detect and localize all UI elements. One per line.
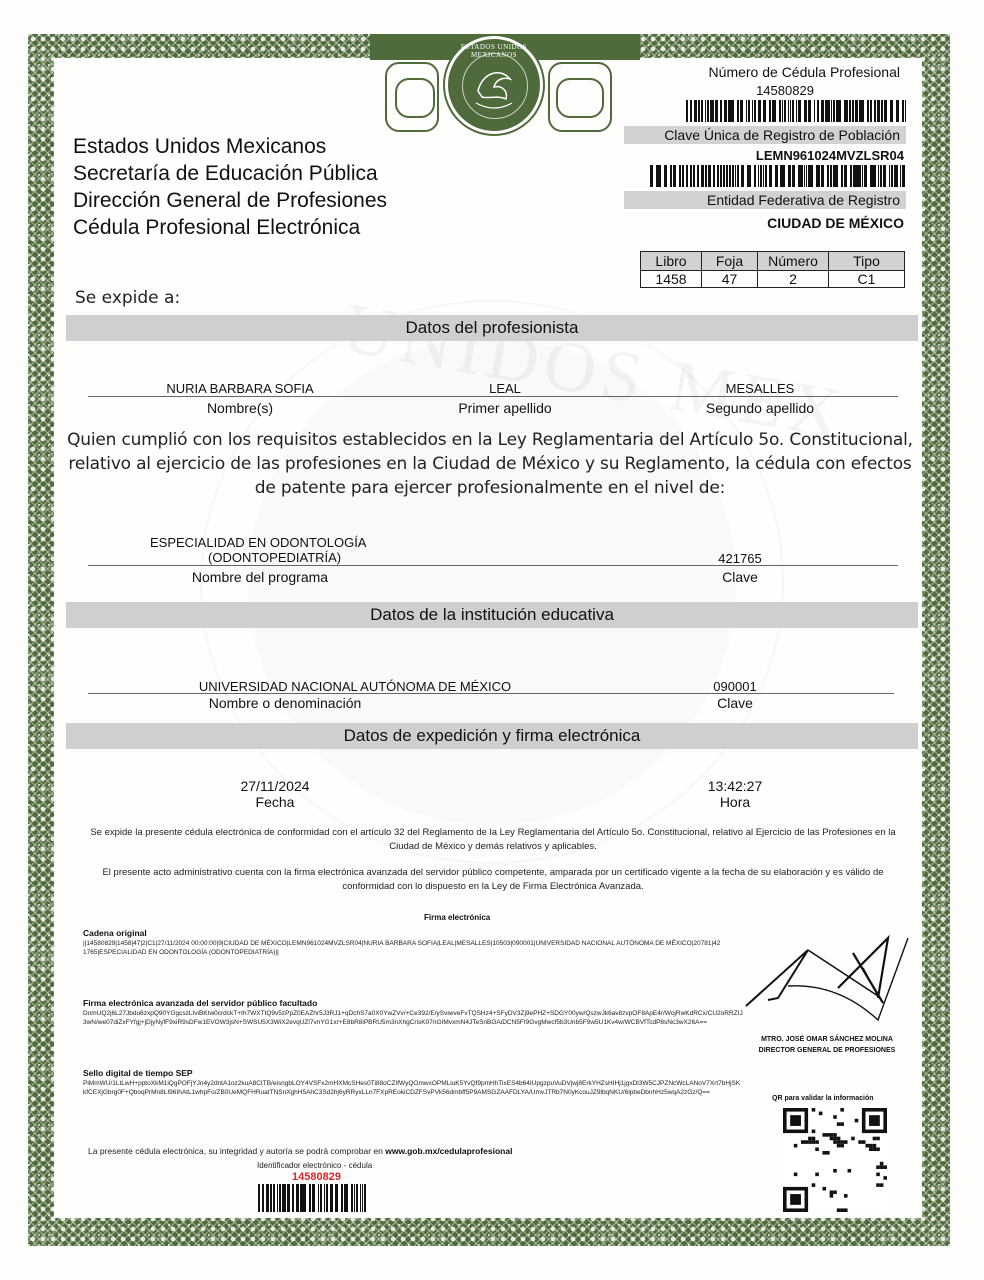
institution-name: UNIVERSIDAD NACIONAL AUTÓNOMA DE MÉXICO (150, 679, 560, 694)
person-first-surname-label: Primer apellido (430, 400, 580, 416)
section-institution-heading: Datos de la institución educativa (66, 602, 918, 628)
header-tipo: Tipo (829, 252, 905, 271)
cedula-number: 14580829 (624, 83, 906, 98)
verification-note: La presente cédula electrónica, su integ… (88, 1146, 512, 1156)
registry-table: Libro Foja Número Tipo 1458 47 2 C1 (640, 251, 905, 288)
institution-key-label: Clave (700, 695, 770, 711)
issuance-date: 27/11/2024 (220, 778, 330, 794)
identifier-barcode (258, 1184, 368, 1212)
value-numero: 2 (758, 271, 829, 288)
header-line-directorate: Dirección General de Profesiones (73, 187, 387, 214)
registry-panel: Número de Cédula Profesional 14580829 Cl… (624, 64, 906, 231)
timestamp-seal-text: PiMmWU/1LtLwH+pptoXkM1iQgPOFjYJn4y2dntA1… (83, 1079, 743, 1097)
issued-to-label: Se expide a: (75, 288, 180, 308)
issuance-date-label: Fecha (220, 794, 330, 810)
qr-label: QR para validar la información (772, 1095, 874, 1102)
header-line-country: Estados Unidos Mexicanos (73, 133, 387, 160)
person-first-surname: LEAL (445, 381, 565, 396)
identifier-number: 14580829 (292, 1171, 341, 1183)
section-professional-heading: Datos del profesionista (66, 315, 918, 341)
entity-label: Entidad Federativa de Registro (624, 191, 906, 209)
advanced-signature-text: DnmUQ2j6L27Jbdu6zxpQ90YGgcszLtviBKtw0crd… (83, 1009, 743, 1027)
header-line-document-type: Cédula Profesional Electrónica (73, 214, 387, 241)
institution-key: 090001 (700, 679, 770, 694)
curp-value: LEMN961024MVZLSR04 (624, 148, 906, 163)
issuer-header: Estados Unidos Mexicanos Secretaría de E… (73, 133, 387, 241)
verification-text: La presente cédula electrónica, su integ… (88, 1146, 385, 1156)
institution-name-label: Nombre o denominación (185, 695, 385, 711)
cadena-original-text: ||14580829|1458|47|2|C1|27/11/2024 00:00… (83, 939, 723, 957)
identifier-label: Identificador electrónico - cédula (257, 1161, 372, 1170)
cedula-barcode (686, 100, 906, 122)
issuance-time: 13:42:27 (680, 778, 790, 794)
person-names: NURIA BARBARA SOFIA (150, 381, 330, 396)
advanced-signature-title: Firma electrónica avanzada del servidor … (83, 998, 317, 1008)
signer-block: MTRO. JOSÉ OMAR SÁNCHEZ MOLINA DIRECTOR … (742, 1034, 912, 1056)
program-key-label: Clave (700, 569, 780, 585)
value-tipo: C1 (829, 271, 905, 288)
divider (88, 396, 898, 397)
curp-label: Clave Única de Registro de Población (624, 126, 906, 144)
program-key: 421765 (700, 551, 780, 566)
value-foja: 47 (702, 271, 758, 288)
signer-title: DIRECTOR GENERAL DE PROFESIONES (742, 1045, 912, 1056)
timestamp-seal-title: Sello digital de tiempo SEP (83, 1068, 193, 1078)
program-name-line2: (ODONTOPEDIATRÍA) (208, 550, 408, 565)
divider (88, 565, 898, 566)
person-names-label: Nombre(s) (150, 400, 330, 416)
issuance-time-label: Hora (680, 794, 790, 810)
section-issuance-heading: Datos de expedición y firma electrónica (66, 723, 918, 749)
ornament-scroll-left-inner (395, 78, 435, 118)
header-libro: Libro (641, 252, 702, 271)
coat-of-arms-icon: ESTADOS UNIDOS MEXICANOS (445, 36, 543, 134)
person-second-surname-label: Segundo apellido (680, 400, 840, 416)
entity-value: CIUDAD DE MÉXICO (624, 215, 906, 231)
handwritten-signature-icon (738, 928, 918, 1028)
requirements-statement: Quien cumplió con los requisitos estable… (60, 428, 920, 500)
verification-link[interactable]: www.gob.mx/cedulaprofesional (385, 1146, 512, 1156)
header-numero: Número (758, 252, 829, 271)
validation-qr-code[interactable] (783, 1108, 887, 1212)
cadena-original-title: Cadena original (83, 928, 147, 938)
legal-paragraph-2: El presente acto administrativo cuenta c… (80, 866, 906, 894)
header-foja: Foja (702, 252, 758, 271)
divider (88, 693, 894, 694)
electronic-signature-title: Firma electrónica (424, 913, 490, 922)
ornament-scroll-right-inner (556, 78, 604, 118)
signer-name: MTRO. JOSÉ OMAR SÁNCHEZ MOLINA (742, 1034, 912, 1045)
header-line-ministry: Secretaría de Educación Pública (73, 160, 387, 187)
program-name-line1: ESPECIALIDAD EN ODONTOLOGÍA (150, 535, 410, 550)
value-libro: 1458 (641, 271, 702, 288)
person-second-surname: MESALLES (690, 381, 830, 396)
legal-paragraph-1: Se expide la presente cédula electrónica… (80, 826, 906, 854)
program-name-label: Nombre del programa (190, 569, 330, 585)
curp-barcode (650, 165, 906, 187)
cedula-number-label: Número de Cédula Profesional (624, 64, 906, 80)
